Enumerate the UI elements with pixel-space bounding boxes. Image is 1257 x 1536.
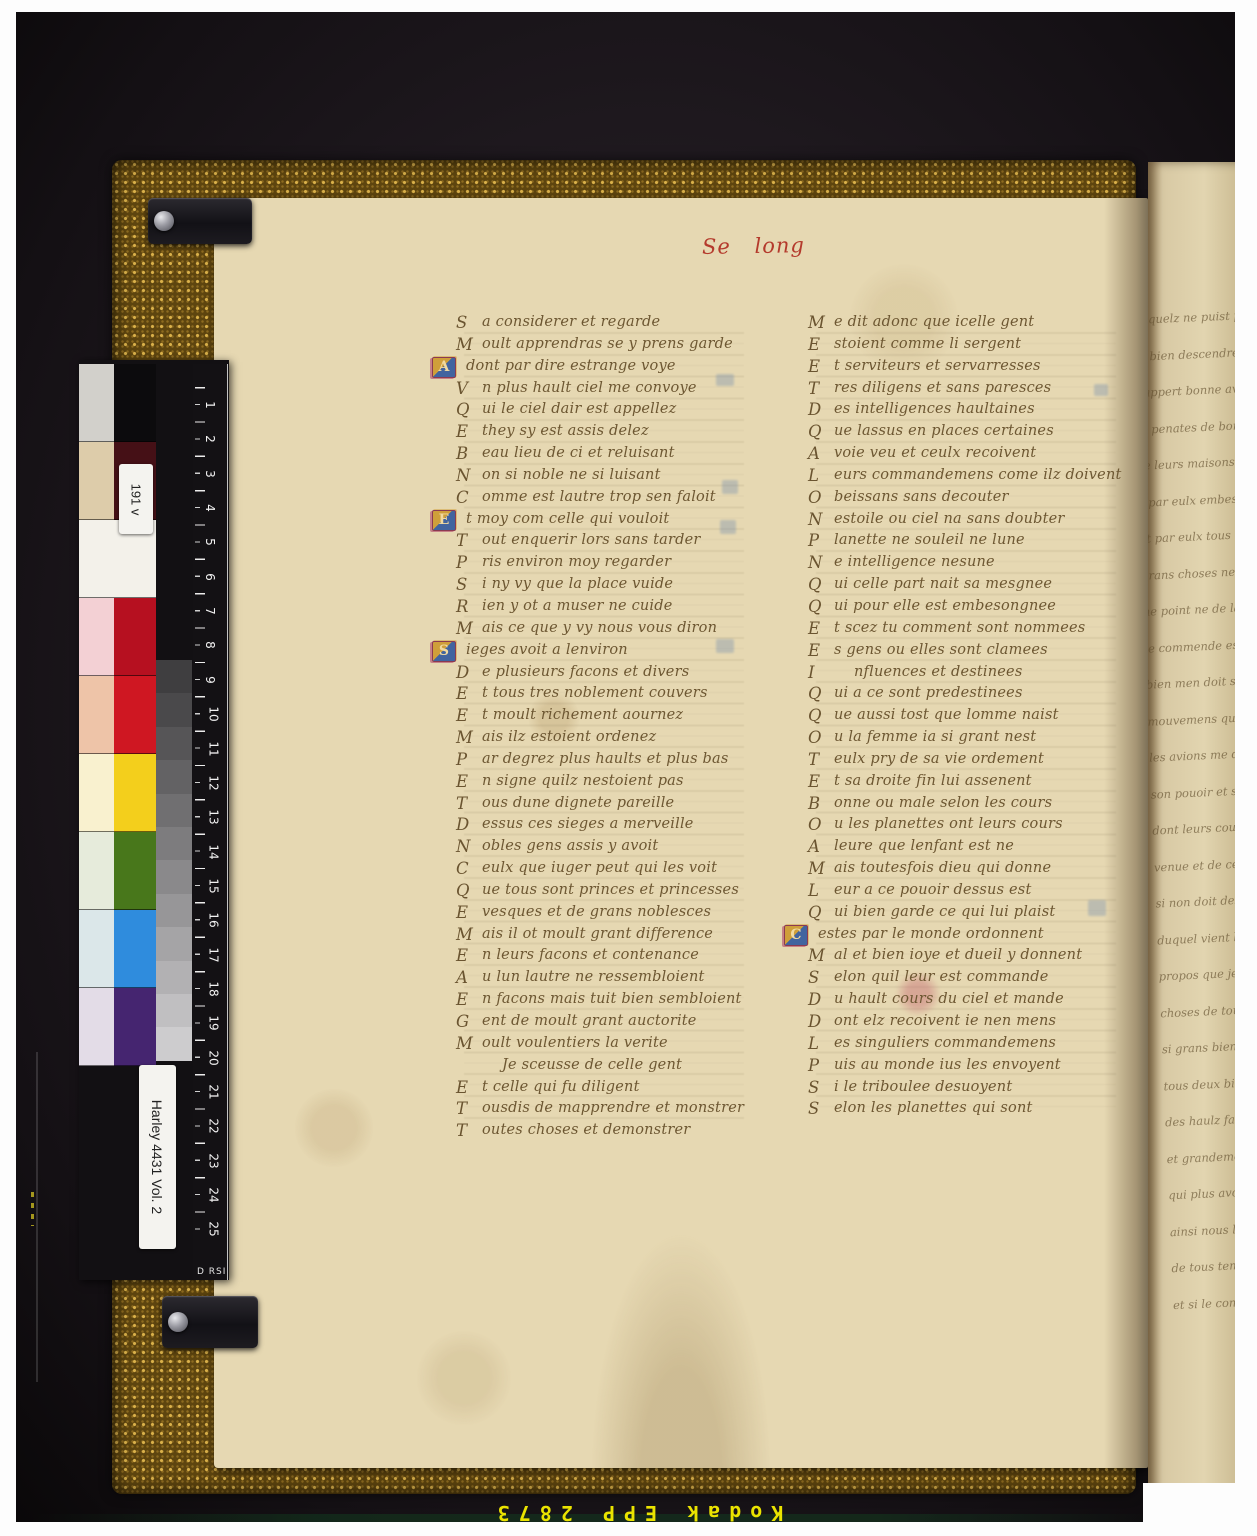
page-clamp-top: [148, 198, 252, 244]
verse-line: Tout enquerir lors sans tarder: [456, 530, 748, 552]
verse-text: elon quil leur est commande: [834, 967, 1118, 989]
verse-line: Selon les planettes qui sont: [808, 1098, 1118, 1120]
verse-line: Les singuliers commandemens: [808, 1033, 1118, 1055]
verse-text: t celle qui fu diligent: [482, 1077, 748, 1099]
verse-text: ien y ot a muser ne cuide: [482, 596, 748, 618]
verse-line: Leur a ce pouoir dessus est: [808, 880, 1118, 902]
ruler-number: 3: [203, 470, 217, 478]
line-initial: P: [456, 749, 482, 771]
verse-text: they sy est assis delez: [482, 421, 748, 443]
line-initial: D: [456, 662, 482, 684]
line-initial: Q: [456, 880, 482, 902]
verse-line: Pris environ moy regarder: [456, 552, 748, 574]
ruler-number: 11: [207, 741, 221, 756]
color-patch-tint: [79, 988, 114, 1066]
verse-line: Es gens ou elles sont clamees: [808, 640, 1118, 662]
grayscale-step: [156, 660, 192, 693]
verse-text: eulx que iuger peut qui les voit: [482, 858, 748, 880]
verse-text: ui a ce sont predestinees: [834, 683, 1118, 705]
verse-text: res diligens et sans paresces: [834, 378, 1118, 400]
verse-text: al et bien ioye et dueil y donnent: [834, 945, 1118, 967]
verse-line: Que lassus en places certaines: [808, 421, 1118, 443]
line-initial: E: [808, 618, 834, 640]
ruler-number: 19: [207, 1016, 221, 1031]
verse-text: ui le ciel dair est appellez: [482, 399, 748, 421]
verse-line: Dessus ces sieges a merveille: [456, 814, 748, 836]
grayscale-step: [156, 794, 192, 827]
verse-line: Puis au monde ius les envoyent: [808, 1055, 1118, 1077]
verse-line: Nestoile ou ciel na sans doubter: [808, 509, 1118, 531]
verse-text: ieges avoit a lenviron: [466, 640, 748, 662]
verse-line: Nobles gens assis y avoit: [456, 836, 748, 858]
verse-text: ui celle part nait sa mesgnee: [834, 574, 1118, 596]
verse-text: lanette ne souleil ne lune: [834, 530, 1118, 552]
line-initial: G: [456, 1011, 482, 1033]
verse-text: n leurs facons et contenance: [482, 945, 748, 967]
verse-line: Selon quil leur est commande: [808, 967, 1118, 989]
line-initial: T: [808, 378, 834, 400]
color-patch: [114, 676, 156, 754]
verse-text: elon les planettes qui sont: [834, 1098, 1118, 1120]
line-initial: E: [808, 356, 834, 378]
verse-line: Me dit adonc que icelle gent: [808, 312, 1118, 334]
line-initial: S: [456, 574, 482, 596]
photo-border-top: [0, 0, 1257, 12]
line-initial: T: [456, 1098, 482, 1120]
verse-line: En facons mais tuit bien sembloient: [456, 989, 748, 1011]
line-initial: Q: [456, 399, 482, 421]
line-initial: M: [808, 945, 834, 967]
line-initial: S: [808, 1098, 834, 1120]
verse-text: u les planettes ont leurs cours: [834, 814, 1118, 836]
line-initial: Q: [808, 596, 834, 618]
verse-text: dont par dire estrange voye: [466, 356, 748, 378]
line-initial: N: [456, 465, 482, 487]
line-initial: T: [456, 530, 482, 552]
ruler-number: 4: [203, 504, 217, 512]
ruler-number: 1: [203, 401, 217, 409]
ruler-number: 12: [207, 775, 221, 790]
verse-text: e plusieurs facons et divers: [482, 662, 748, 684]
line-initial: C: [456, 858, 482, 880]
verse-text: ue aussi tost que lomme naist: [834, 705, 1118, 727]
verse-line: Ne intelligence nesune: [808, 552, 1118, 574]
verse-line: Et serviteurs et servarresses: [808, 356, 1118, 378]
photo-border-bottom: [0, 1522, 1257, 1536]
verse-text: n signe quilz nestoient pas: [482, 771, 748, 793]
grayscale-step: [156, 1027, 192, 1060]
verse-line: Aleure que lenfant est ne: [808, 836, 1118, 858]
verse-line: Mais il ot moult grant difference: [456, 924, 748, 946]
verse-text: t moy com celle qui vouloit: [466, 509, 748, 531]
line-initial: Q: [808, 421, 834, 443]
verse-text: t serviteurs et servarresses: [834, 356, 1118, 378]
verse-line: Ou la femme ia si grant nest: [808, 727, 1118, 749]
color-patch-tint: [79, 754, 114, 832]
line-initial: Q: [808, 574, 834, 596]
photo-border-right: [1235, 0, 1257, 1536]
verse-text: Je sceusse de celle gent: [482, 1055, 748, 1077]
verse-line: Du hault cours du ciel et mande: [808, 989, 1118, 1011]
verse-line: Influences et destinees: [808, 662, 1118, 684]
line-initial: E: [456, 902, 482, 924]
line-initial: A: [808, 836, 834, 858]
verse-text: ais il ot moult grant difference: [482, 924, 748, 946]
line-initial: M: [456, 1033, 482, 1055]
verse-line: Dont elz recoivent ie nen mens: [808, 1011, 1118, 1033]
line-initial: M: [808, 858, 834, 880]
film-edge-mark: [31, 1192, 34, 1226]
color-patch: [114, 364, 156, 442]
verse-text: ui pour elle est embesongnee: [834, 596, 1118, 618]
verse-line: Au lun lautre ne ressembloient: [456, 967, 748, 989]
grayscale-step: [156, 894, 192, 927]
verse-text: es intelligences haultaines: [834, 399, 1118, 421]
photo-border-corner: [1143, 1483, 1257, 1536]
line-initial: A: [808, 443, 834, 465]
line-initial: E: [456, 771, 482, 793]
line-initial: E: [456, 421, 482, 443]
verse-text: t scez tu comment sont nommees: [834, 618, 1118, 640]
color-patch-tint: [79, 364, 114, 442]
verse-text: obles gens assis y avoit: [482, 836, 748, 858]
grayscale-step: [156, 994, 192, 1027]
verse-text: uis au monde ius les envoyent: [834, 1055, 1118, 1077]
line-initial: E: [456, 945, 482, 967]
verse-line: De plusieurs facons et divers: [456, 662, 748, 684]
ruler-number: 2: [203, 436, 217, 444]
verse-line: Si le triboulee desuoyent: [808, 1077, 1118, 1099]
line-initial: O: [808, 814, 834, 836]
ruler-number: 18: [207, 981, 221, 996]
line-initial: V: [456, 378, 482, 400]
line-initial: N: [456, 836, 482, 858]
verse-line: Sieges avoit a lenviron: [456, 640, 748, 662]
verse-text: u la femme ia si grant nest: [834, 727, 1118, 749]
verse-text: ui bien garde ce qui lui plaist: [834, 902, 1118, 924]
clamp-screw: [168, 1312, 188, 1332]
verse-line: Leurs commandemens come ilz doivent: [808, 465, 1118, 487]
film-scratch: [36, 1052, 38, 1382]
verse-line: Sa considerer et regarde: [456, 312, 748, 334]
verse-text: voie veu et ceulx recoivent: [834, 443, 1118, 465]
line-initial: N: [808, 552, 834, 574]
rubric-heading: Se long: [702, 233, 805, 259]
verse-line: Obeissans sans decouter: [808, 487, 1118, 509]
grayscale-step: [156, 760, 192, 793]
ruler-number: 13: [207, 810, 221, 825]
line-initial: O: [808, 727, 834, 749]
verse-line: Avoie veu et ceulx recoivent: [808, 443, 1118, 465]
line-initial: N: [808, 509, 834, 531]
line-initial: [456, 1055, 482, 1077]
color-patch: [114, 832, 156, 910]
ruler-footer-label: D RSI: [197, 1267, 226, 1277]
verse-line: Gent de moult grant auctorite: [456, 1011, 748, 1033]
verse-text: es singuliers commandemens: [834, 1033, 1118, 1055]
color-patch-tint: [79, 520, 114, 598]
ruler-number: 9: [203, 676, 217, 684]
verse-text: leure que lenfant est ne: [834, 836, 1118, 858]
verse-line: Qui pour elle est embesongnee: [808, 596, 1118, 618]
verse-line: Ethey sy est assis delez: [456, 421, 748, 443]
line-initial: B: [456, 443, 482, 465]
line-initial: M: [808, 312, 834, 334]
verse-line: Et moult richement aournez: [456, 705, 748, 727]
line-initial: M: [456, 334, 482, 356]
verse-text: eulx pry de sa vie ordement: [834, 749, 1118, 771]
ruler-number: 14: [207, 844, 221, 859]
verse-text: oult voulentiers la verite: [482, 1033, 748, 1055]
verse-line: Mais toutesfois dieu qui donne: [808, 858, 1118, 880]
line-initial: A: [456, 967, 482, 989]
verse-line: Si ny vy que la place vuide: [456, 574, 748, 596]
ruler-number: 10: [207, 707, 221, 722]
verse-line: Toutes choses et demonstrer: [456, 1120, 748, 1142]
verse-line: Non si noble ne si luisant: [456, 465, 748, 487]
line-initial: I: [808, 662, 834, 684]
verse-text: t moult richement aournez: [482, 705, 748, 727]
verse-line: Evesques et de grans noblesces: [456, 902, 748, 924]
verse-text: ue tous sont princes et princesses: [482, 880, 748, 902]
verse-line: Et scez tu comment sont nommees: [808, 618, 1118, 640]
line-initial: C: [456, 487, 482, 509]
verse-text: ousdis de mapprendre et monstrer: [482, 1098, 748, 1120]
folio-number-sticker: 191 v: [119, 464, 153, 534]
verse-text: onne ou male selon les cours: [834, 793, 1118, 815]
verse-text: eur a ce pouoir dessus est: [834, 880, 1118, 902]
verse-text: omme est lautre trop sen faloit: [482, 487, 748, 509]
verse-line: Moult voulentiers la verite: [456, 1033, 748, 1055]
grayscale-step: [156, 727, 192, 760]
color-patch-tint: [79, 832, 114, 910]
line-initial: L: [808, 880, 834, 902]
text-column-right: Me dit adonc que icelle gentEstoient com…: [808, 312, 1118, 1120]
ruler-number: 15: [207, 878, 221, 893]
ruler-ticks-minor: [195, 404, 200, 1234]
verse-line: Ceulx que iuger peut qui les voit: [456, 858, 748, 880]
ruler-number: 5: [203, 539, 217, 547]
verse-line: En leurs facons et contenance: [456, 945, 748, 967]
color-patch-tint: [79, 676, 114, 754]
verse-line: Adont par dire estrange voye: [456, 356, 748, 378]
verse-line: Bonne ou male selon les cours: [808, 793, 1118, 815]
ruler-number: 24: [207, 1187, 221, 1202]
verse-text: ont elz recoivent ie nen mens: [834, 1011, 1118, 1033]
line-initial: O: [808, 487, 834, 509]
verse-line: Teulx pry de sa vie ordement: [808, 749, 1118, 771]
verse-text: stoient comme li sergent: [834, 334, 1118, 356]
verse-text: ris environ moy regarder: [482, 552, 748, 574]
verse-text: ais ilz estoient ordenez: [482, 727, 748, 749]
line-initial: Q: [808, 902, 834, 924]
text-column-left: Sa considerer et regardeMoult apprendras…: [456, 312, 748, 1142]
photo-border-left: [0, 0, 16, 1536]
verse-line: Planette ne souleil ne lune: [808, 530, 1118, 552]
illuminated-initial: E: [432, 510, 456, 531]
verse-line: Et celle qui fu diligent: [456, 1077, 748, 1099]
calibration-grayscale: [156, 660, 192, 1061]
line-initial: S: [808, 1077, 834, 1099]
verse-text: e intelligence nesune: [834, 552, 1118, 574]
line-initial: Q: [808, 705, 834, 727]
verse-text: ais toutesfois dieu qui donne: [834, 858, 1118, 880]
verse-text: eau lieu de ci et reluisant: [482, 443, 748, 465]
line-initial: E: [808, 771, 834, 793]
line-initial: P: [456, 552, 482, 574]
verse-line: Vn plus hault ciel me convoye: [456, 378, 748, 400]
verse-line: Par degrez plus haults et plus bas: [456, 749, 748, 771]
verse-line: Et tous tres noblement couvers: [456, 683, 748, 705]
verse-text: i le triboulee desuoyent: [834, 1077, 1118, 1099]
verse-text: out enquerir lors sans tarder: [482, 530, 748, 552]
verse-text: ar degrez plus haults et plus bas: [482, 749, 748, 771]
color-patch-tint: [79, 910, 114, 988]
verse-text: n plus hault ciel me convoye: [482, 378, 748, 400]
verse-text: eurs commandemens come ilz doivent: [834, 465, 1122, 487]
verse-text: oult apprendras se y prens garde: [482, 334, 748, 356]
color-patch: [114, 754, 156, 832]
verse-text: estoile ou ciel na sans doubter: [834, 509, 1118, 531]
page-clamp-bottom: [162, 1296, 258, 1348]
verse-line: Je sceusse de celle gent: [456, 1055, 748, 1077]
illuminated-initial: S: [432, 641, 456, 662]
grayscale-step: [156, 927, 192, 960]
verse-line: Que tous sont princes et princesses: [456, 880, 748, 902]
line-initial: T: [456, 793, 482, 815]
color-patch: [114, 910, 156, 988]
line-initial: B: [808, 793, 834, 815]
verse-line: Rien y ot a muser ne cuide: [456, 596, 748, 618]
verse-line: Mal et bien ioye et dueil y donnent: [808, 945, 1118, 967]
verse-line: Comme est lautre trop sen faloit: [456, 487, 748, 509]
line-initial: E: [456, 1077, 482, 1099]
verse-line: Ou les planettes ont leurs cours: [808, 814, 1118, 836]
line-initial: L: [808, 1033, 834, 1055]
line-initial: E: [808, 640, 834, 662]
verse-line: Que aussi tost que lomme naist: [808, 705, 1118, 727]
verse-text: on si noble ne si luisant: [482, 465, 748, 487]
verse-text: beissans sans decouter: [834, 487, 1118, 509]
line-initial: E: [456, 705, 482, 727]
color-patch-tint: [79, 598, 114, 676]
verse-line: Et moy com celle qui vouloit: [456, 509, 748, 531]
verse-line: Cestes par le monde ordonnent: [808, 924, 1118, 946]
line-initial: P: [808, 530, 834, 552]
line-initial: Q: [808, 683, 834, 705]
verse-text: ue lassus en places certaines: [834, 421, 1118, 443]
clamp-screw: [154, 211, 174, 231]
verse-text: n facons mais tuit bien sembloient: [482, 989, 748, 1011]
film-frame: Se long Sa considerer et regardeMoult ap…: [16, 12, 1235, 1522]
ruler-number: 22: [207, 1119, 221, 1134]
verse-text: s gens ou elles sont clamees: [834, 640, 1118, 662]
verse-text: e dit adonc que icelle gent: [834, 312, 1118, 334]
grayscale-step: [156, 693, 192, 726]
verse-line: Qui bien garde ce qui lui plaist: [808, 902, 1118, 924]
grayscale-step: [156, 827, 192, 860]
folio-number-label: 191 v: [129, 483, 144, 515]
grayscale-step: [156, 961, 192, 994]
verse-line: Des intelligences haultaines: [808, 399, 1118, 421]
verse-line: En signe quilz nestoient pas: [456, 771, 748, 793]
verse-line: Tousdis de mapprendre et monstrer: [456, 1098, 748, 1120]
line-initial: M: [456, 618, 482, 640]
verse-line: Estoient comme li sergent: [808, 334, 1118, 356]
ruler: D RSI 1234567891011121314151617181920212…: [193, 364, 228, 1280]
line-initial: M: [456, 924, 482, 946]
manuscript-photograph: Se long Sa considerer et regardeMoult ap…: [0, 0, 1257, 1536]
line-initial: T: [808, 749, 834, 771]
verse-line: Mais ce que y vy nous vous diron: [456, 618, 748, 640]
ruler-number: 16: [207, 913, 221, 928]
ruler-number: 17: [207, 947, 221, 962]
color-patch-tint: [79, 442, 114, 520]
line-initial: R: [456, 596, 482, 618]
verse-text: vesques et de grans noblesces: [482, 902, 748, 924]
line-initial: P: [808, 1055, 834, 1077]
calibration-tint-column: [79, 364, 114, 1066]
line-initial: E: [456, 989, 482, 1011]
illuminated-initial: A: [432, 357, 456, 378]
ruler-number: 25: [207, 1222, 221, 1237]
line-initial: S: [808, 967, 834, 989]
line-initial: D: [808, 1011, 834, 1033]
verse-line: Qui celle part nait sa mesgnee: [808, 574, 1118, 596]
verse-text: u hault cours du ciel et mande: [834, 989, 1118, 1011]
verse-text: ous dune dignete pareille: [482, 793, 748, 815]
ruler-number: 20: [207, 1050, 221, 1065]
line-initial: D: [808, 989, 834, 1011]
verse-text: t tous tres noblement couvers: [482, 683, 748, 705]
line-initial: D: [456, 814, 482, 836]
film-stock-label: Kodak EPP 2873: [416, 1493, 856, 1525]
illuminated-initial: C: [784, 925, 808, 946]
ruler-number: 7: [203, 607, 217, 615]
line-initial: E: [808, 334, 834, 356]
verse-text: essus ces sieges a merveille: [482, 814, 748, 836]
verse-text: ent de moult grant auctorite: [482, 1011, 748, 1033]
verse-line: Tres diligens et sans paresces: [808, 378, 1118, 400]
line-initial: L: [808, 465, 834, 487]
verse-text: u lun lautre ne ressembloient: [482, 967, 748, 989]
shelfmark-sticker: Harley 4431 Vol. 2: [139, 1065, 176, 1249]
verse-line: Et sa droite fin lui assenent: [808, 771, 1118, 793]
verse-text: nfluences et destinees: [834, 662, 1118, 684]
ruler-number: 23: [207, 1153, 221, 1168]
grayscale-step: [156, 860, 192, 893]
ruler-number: 21: [207, 1084, 221, 1099]
line-initial: E: [456, 683, 482, 705]
ruler-number: 6: [203, 573, 217, 581]
verse-line: Mais ilz estoient ordenez: [456, 727, 748, 749]
shelfmark-label: Harley 4431 Vol. 2: [150, 1100, 166, 1214]
line-initial: M: [456, 727, 482, 749]
line-initial: D: [808, 399, 834, 421]
verse-line: Beau lieu de ci et reluisant: [456, 443, 748, 465]
verse-text: i ny vy que la place vuide: [482, 574, 748, 596]
line-initial: S: [456, 312, 482, 334]
color-patch: [114, 598, 156, 676]
verse-text: estes par le monde ordonnent: [818, 924, 1118, 946]
color-patch: [114, 988, 156, 1066]
verse-text: t sa droite fin lui assenent: [834, 771, 1118, 793]
verse-line: Tous dune dignete pareille: [456, 793, 748, 815]
verse-text: a considerer et regarde: [482, 312, 748, 334]
verse-text: ais ce que y vy nous vous diron: [482, 618, 748, 640]
verse-text: outes choses et demonstrer: [482, 1120, 748, 1142]
ruler-number: 8: [203, 642, 217, 650]
